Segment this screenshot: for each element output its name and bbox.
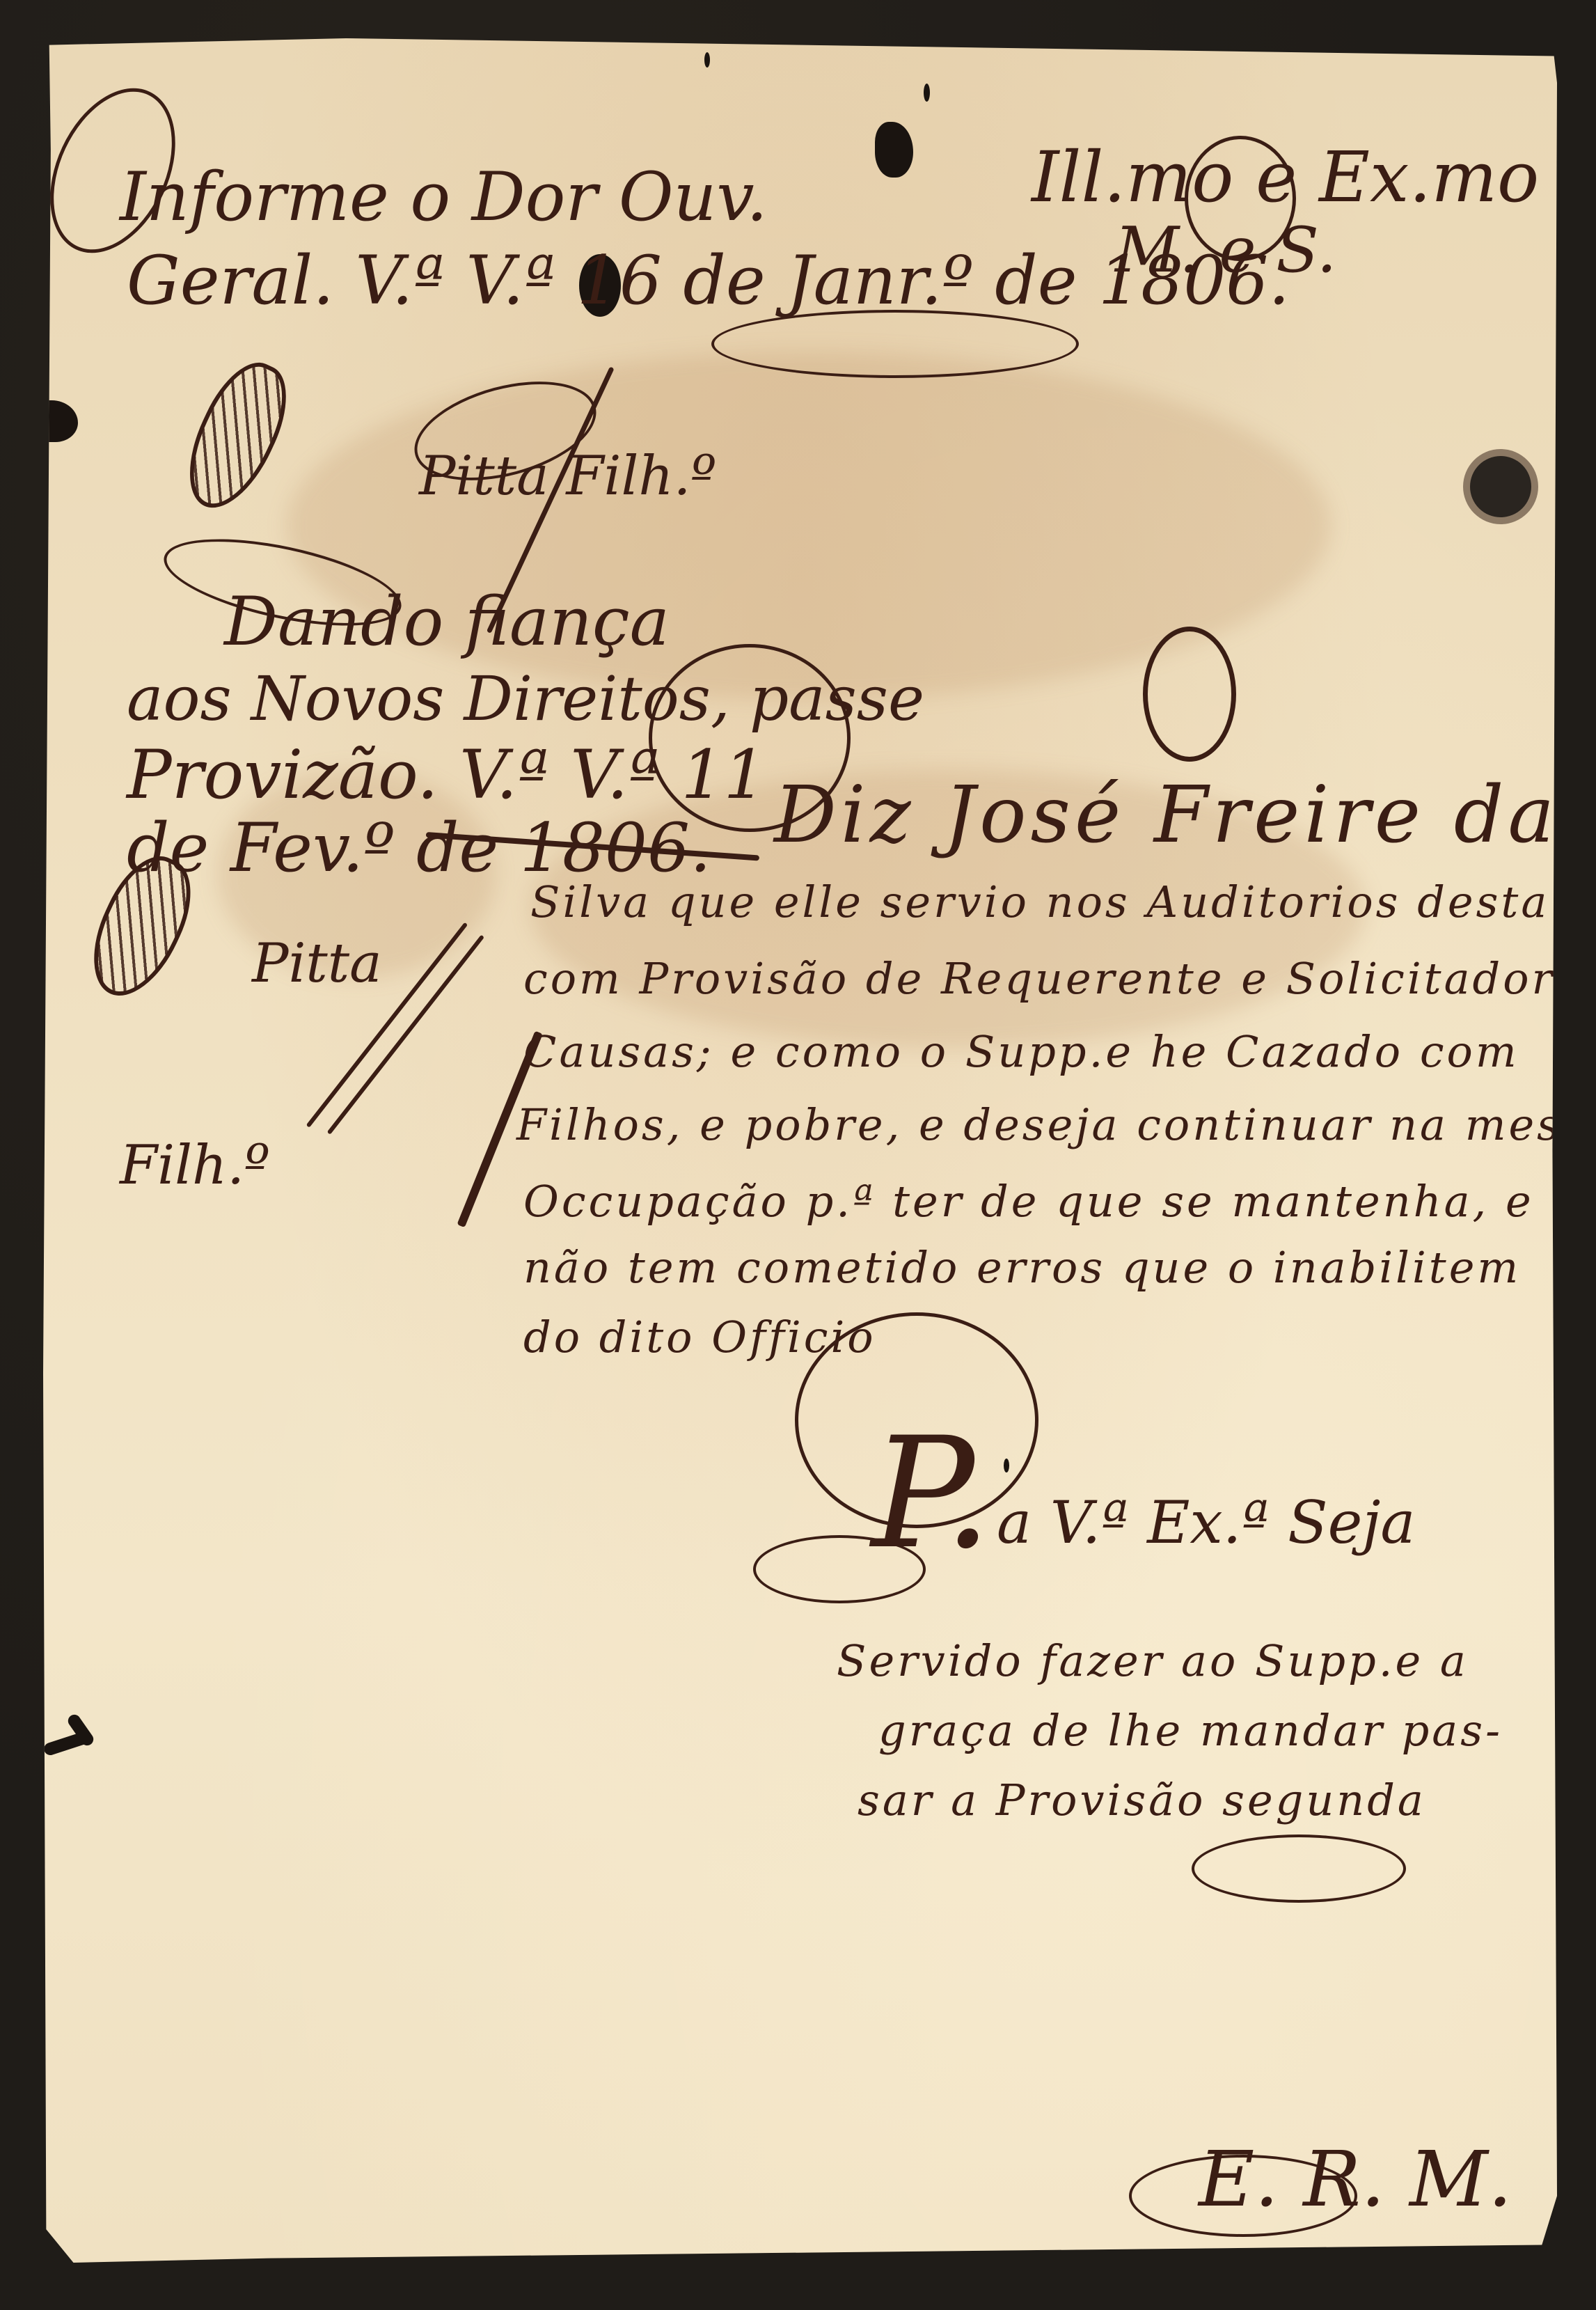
ink-speck (924, 84, 930, 102)
ink-speck (704, 52, 710, 68)
petition-line-1: Silva que elle servio nos Auditorios des… (530, 881, 1596, 924)
ink-blot (29, 400, 78, 442)
petition-line-6: não tem cometido erros que o inabilitem (523, 1246, 1521, 1289)
petition-line-4: Filhos, e pobre, e deseja continuar na m… (516, 1103, 1596, 1147)
flourish-loop (753, 1535, 926, 1603)
flourish-loop (1129, 2155, 1357, 2237)
request-line-1: a V.ª Ex.ª Seja (997, 1493, 1415, 1552)
ink-speck (1004, 1459, 1009, 1472)
burn-hole (1470, 456, 1531, 517)
flourish-loop (711, 310, 1079, 378)
rubric-scribble (171, 350, 303, 521)
salutation-line-1: Ill.mo e Ex.mo Sr. (1032, 143, 1596, 212)
petition-line-5: Occupação p.ª ter de que se mantenha, e (523, 1180, 1534, 1223)
scanned-manuscript: Informe o Dor Ouv. Geral. V.ª V.ª 16 de … (0, 0, 1596, 2310)
paper-sheet: Informe o Dor Ouv. Geral. V.ª V.ª 16 de … (43, 38, 1557, 2263)
flourish-capital-j (1143, 627, 1236, 762)
petition-opening: Diz José Freire da (774, 776, 1558, 854)
petition-line-3: Causas; e como o Supp.e he Cazado com (523, 1030, 1519, 1074)
despacho-line-1: Informe o Dor Ouv. (120, 164, 768, 230)
rubric-3-signature: Filh.º (120, 1138, 270, 1193)
flourish-loop (1185, 136, 1296, 261)
request-line-3: graça de lhe mandar pas- (878, 1709, 1503, 1752)
request-line-2: Servido fazer ao Supp.e a (837, 1640, 1469, 1683)
ink-blot (875, 122, 913, 178)
flourish-loop (1192, 1834, 1406, 1903)
request-line-4: sar a Provisão segunda (858, 1779, 1426, 1822)
petition-line-2: com Provisão de Requerente e Solicitador… (523, 957, 1596, 1000)
rubric-2-signature: Pitta (252, 936, 382, 991)
